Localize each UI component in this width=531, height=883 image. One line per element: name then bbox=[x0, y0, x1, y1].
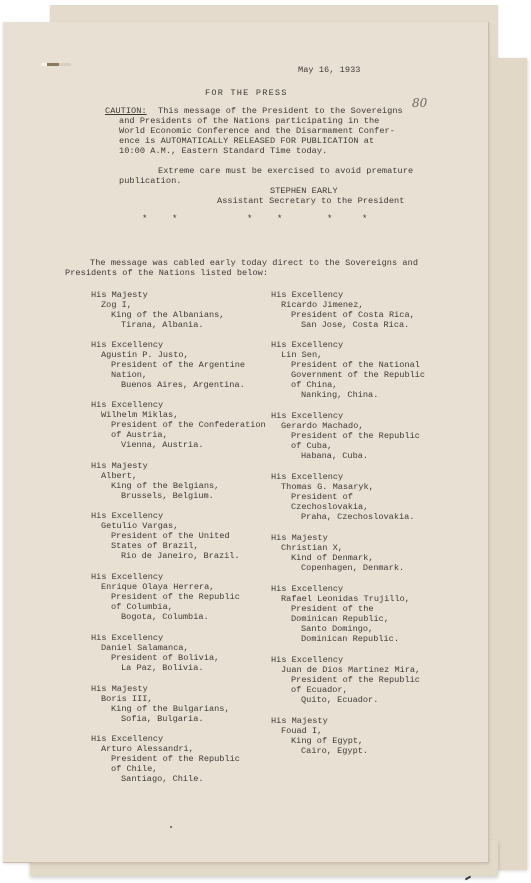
caution-line: ence is AUTOMATICALLY RELEASED FOR PUBLI… bbox=[119, 136, 374, 146]
recipient-title: His Excellency bbox=[91, 511, 240, 521]
signer-title: Assistant Secretary to the President bbox=[217, 196, 404, 206]
care-line: Extreme care must be exercised to avoid … bbox=[158, 166, 413, 176]
recipient-office: King of the Bulgarians, bbox=[91, 704, 230, 714]
recipient-location: Brussels, Belgium. bbox=[91, 491, 219, 501]
recipient-location: Quito, Ecuador. bbox=[271, 695, 420, 705]
recipient-office: President of Bolivia, bbox=[91, 653, 219, 663]
recipient-office: King of Egypt, bbox=[271, 736, 368, 746]
recipient-argentina: His Excellency Agustin P. Justo, Preside… bbox=[91, 340, 245, 390]
recipient-office: President of Costa Rica, bbox=[271, 310, 415, 320]
recipient-location: Praha, Czechoslovakia. bbox=[271, 512, 414, 522]
recipient-name: Fouad I, bbox=[271, 726, 368, 736]
recipient-title: His Excellency bbox=[91, 340, 245, 350]
recipient-title: His Excellency bbox=[271, 472, 414, 482]
signer-name: STEPHEN EARLY bbox=[270, 186, 338, 196]
recipient-office: Nation, bbox=[91, 370, 245, 380]
recipient-title: His Excellency bbox=[271, 655, 420, 665]
recipient-name: Lin Sen, bbox=[271, 350, 425, 360]
recipient-bulgaria: His Majesty Boris III, King of the Bulga… bbox=[91, 684, 230, 724]
recipient-name: Albert, bbox=[91, 471, 219, 481]
intro-line: The message was cabled early today direc… bbox=[90, 258, 418, 268]
recipient-bolivia: His Excellency Daniel Salamanca, Preside… bbox=[91, 633, 219, 673]
recipient-title: His Majesty bbox=[91, 290, 224, 300]
care-line: publication. bbox=[119, 176, 182, 186]
recipient-office: of Austria, bbox=[91, 430, 266, 440]
handwritten-page-number: 80 bbox=[412, 96, 427, 110]
recipient-location: Tirana, Albania. bbox=[91, 320, 224, 330]
recipient-title: His Majesty bbox=[271, 533, 404, 543]
separator-star: * bbox=[327, 214, 332, 224]
separator-star: * bbox=[142, 214, 147, 224]
recipient-location: Sofia, Bulgaria. bbox=[91, 714, 230, 724]
recipient-office: President of the United bbox=[91, 531, 240, 541]
separator-star: * bbox=[247, 214, 252, 224]
recipient-china: His Excellency Lin Sen, President of the… bbox=[271, 340, 425, 401]
recipient-title: His Majesty bbox=[91, 461, 219, 471]
recipient-name: Thomas G. Masaryk, bbox=[271, 482, 414, 492]
caution-line: This message of the President to the Sov… bbox=[158, 106, 403, 116]
recipient-office: King of the Belgians, bbox=[91, 481, 219, 491]
recipient-location: Santiago, Chile. bbox=[91, 774, 240, 784]
recipient-costa-rica: His Excellency Ricardo Jimenez, Presiden… bbox=[271, 290, 415, 330]
recipient-office: President of the Republic bbox=[271, 675, 420, 685]
recipient-location: Vienna, Austria. bbox=[91, 440, 266, 450]
recipient-office: President of the bbox=[271, 604, 410, 614]
caution-line: and Presidents of the Nations participat… bbox=[119, 116, 379, 126]
document-heading: FOR THE PRESS bbox=[205, 88, 288, 98]
recipient-location: Copenhagen, Denmark. bbox=[271, 563, 404, 573]
recipient-name: Zog I, bbox=[91, 300, 224, 310]
recipient-albania: His Majesty Zog I, King of the Albanians… bbox=[91, 290, 224, 330]
punch-hole-mark bbox=[41, 63, 71, 66]
recipient-location: San Jose, Costa Rica. bbox=[271, 320, 415, 330]
intro-line: Presidents of the Nations listed below: bbox=[65, 268, 268, 278]
separator-star: * bbox=[362, 214, 367, 224]
recipient-office: Dominican Republic, bbox=[271, 614, 410, 624]
recipient-title: His Excellency bbox=[271, 340, 425, 350]
recipient-dominican-republic: His Excellency Rafael Leonidas Trujillo,… bbox=[271, 584, 410, 645]
recipient-czechoslovakia: His Excellency Thomas G. Masaryk, Presid… bbox=[271, 472, 414, 522]
recipient-office: Czechoslovakia, bbox=[271, 502, 414, 512]
recipient-office: States of Brazil, bbox=[91, 541, 240, 551]
recipient-title: His Excellency bbox=[271, 584, 410, 594]
recipient-location: Habana, Cuba. bbox=[271, 451, 420, 461]
recipient-office: of Ecuador, bbox=[271, 685, 420, 695]
recipient-office: Kind of Denmark, bbox=[271, 553, 404, 563]
recipient-austria: His Excellency Wilhelm Miklas, President… bbox=[91, 400, 266, 450]
recipient-office: of Columbia, bbox=[91, 602, 240, 612]
recipient-office: of China, bbox=[271, 380, 425, 390]
recipient-location: Dominican Republic. bbox=[271, 634, 410, 644]
recipient-title: His Majesty bbox=[91, 684, 230, 694]
recipient-location: Nanking, China. bbox=[271, 390, 425, 400]
recipient-name: Arturo Alessandri, bbox=[91, 744, 240, 754]
recipient-name: Enrique Olaya Herrera, bbox=[91, 582, 240, 592]
recipient-location: La Paz, Bolivia. bbox=[91, 663, 219, 673]
recipient-name: Wilhelm Miklas, bbox=[91, 410, 266, 420]
recipient-location: Rio de Janeiro, Brazil. bbox=[91, 551, 240, 561]
recipient-name: Gerardo Machado, bbox=[271, 421, 420, 431]
recipient-brazil: His Excellency Getulio Vargas, President… bbox=[91, 511, 240, 561]
recipient-location: Buenos Aires, Argentina. bbox=[91, 380, 245, 390]
recipient-office: President of the Republic bbox=[91, 592, 240, 602]
recipient-name: Agustin P. Justo, bbox=[91, 350, 245, 360]
caution-line: World Economic Conference and the Disarm… bbox=[119, 126, 395, 136]
document-date: May 16, 1933 bbox=[298, 65, 361, 75]
recipient-name: Boris III, bbox=[91, 694, 230, 704]
separator-star: * bbox=[277, 214, 282, 224]
recipient-name: Getulio Vargas, bbox=[91, 521, 240, 531]
pencil-mark bbox=[465, 876, 471, 881]
recipient-location: Santo Domingo, bbox=[271, 624, 410, 634]
recipient-office: Government of the Republic bbox=[271, 370, 425, 380]
recipient-office: President of the National bbox=[271, 360, 425, 370]
back-sheet-right bbox=[488, 58, 527, 870]
recipient-office: of Cuba, bbox=[271, 441, 420, 451]
recipient-title: His Excellency bbox=[271, 290, 415, 300]
recipient-name: Juan de Dios Martinez Mira, bbox=[271, 665, 420, 675]
recipient-office: King of the Albanians, bbox=[91, 310, 224, 320]
recipient-belgium: His Majesty Albert, King of the Belgians… bbox=[91, 461, 219, 501]
recipient-office: President of the Republic bbox=[91, 754, 240, 764]
recipient-name: Daniel Salamanca, bbox=[91, 643, 219, 653]
recipient-office: President of bbox=[271, 492, 414, 502]
recipient-columbia: His Excellency Enrique Olaya Herrera, Pr… bbox=[91, 572, 240, 622]
recipient-name: Ricardo Jimenez, bbox=[271, 300, 415, 310]
recipient-name: Christian X, bbox=[271, 543, 404, 553]
recipient-title: His Majesty bbox=[271, 716, 368, 726]
recipient-title: His Excellency bbox=[91, 572, 240, 582]
ink-speck bbox=[170, 826, 172, 828]
recipient-chile: His Excellency Arturo Alessandri, Presid… bbox=[91, 734, 240, 784]
recipient-title: His Excellency bbox=[91, 400, 266, 410]
separator-star: * bbox=[172, 214, 177, 224]
recipient-location: Cairo, Egypt. bbox=[271, 746, 368, 756]
recipient-egypt: His Majesty Fouad I, King of Egypt, Cair… bbox=[271, 716, 368, 756]
recipient-title: His Excellency bbox=[271, 411, 420, 421]
caution-label: CAUTION: bbox=[105, 106, 147, 116]
recipient-title: His Excellency bbox=[91, 734, 240, 744]
recipient-title: His Excellency bbox=[91, 633, 219, 643]
recipient-ecuador: His Excellency Juan de Dios Martinez Mir… bbox=[271, 655, 420, 705]
recipient-office: President of the Confederation bbox=[91, 420, 266, 430]
recipient-office: President of the Argentine bbox=[91, 360, 245, 370]
recipient-office: President of the Republic bbox=[271, 431, 420, 441]
caution-line: 10:00 A.M., Eastern Standard Time today. bbox=[119, 146, 327, 156]
recipient-denmark: His Majesty Christian X, Kind of Denmark… bbox=[271, 533, 404, 573]
recipient-cuba: His Excellency Gerardo Machado, Presiden… bbox=[271, 411, 420, 461]
recipient-office: of Chile, bbox=[91, 764, 240, 774]
recipient-name: Rafael Leonidas Trujillo, bbox=[271, 594, 410, 604]
recipient-location: Bogota, Columbia. bbox=[91, 612, 240, 622]
